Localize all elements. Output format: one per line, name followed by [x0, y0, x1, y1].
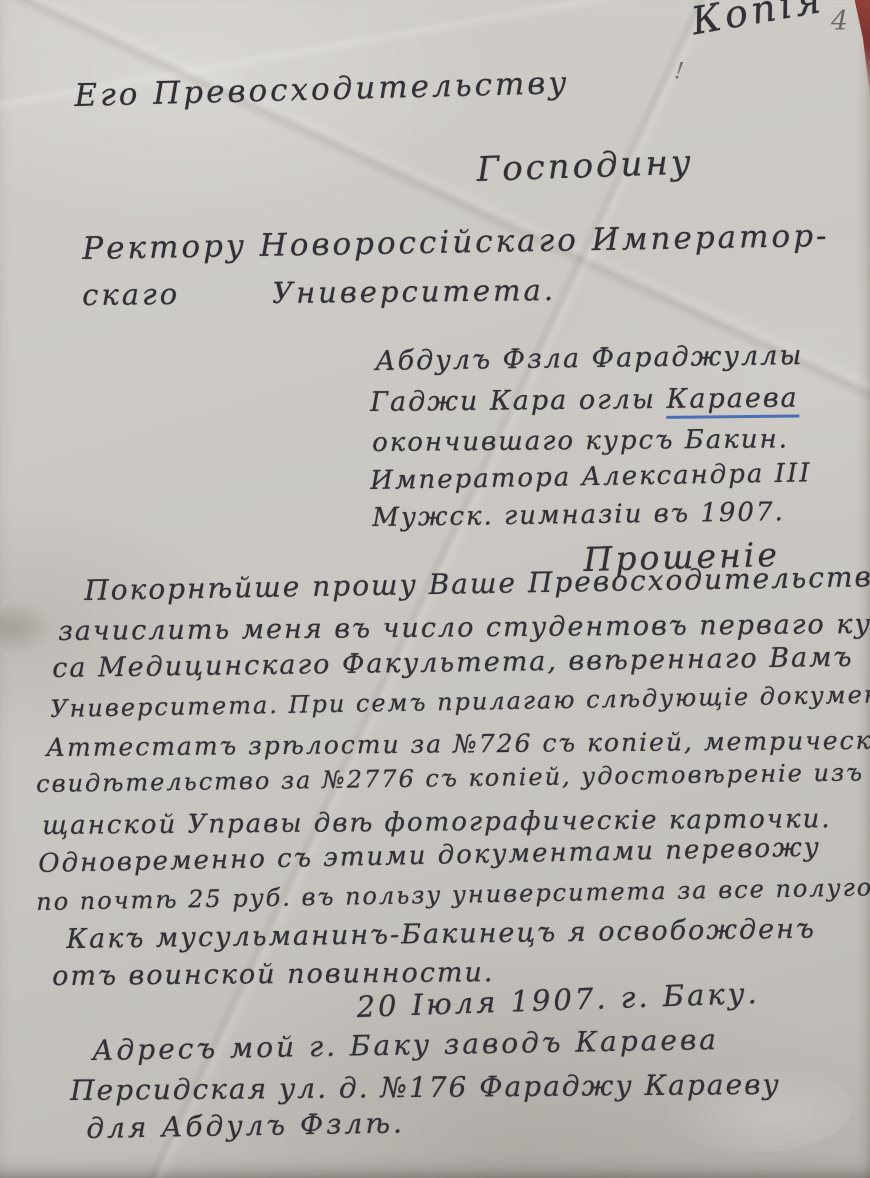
- address-line-2: Персидская ул. д. №176 Фараджу Караеву: [70, 1068, 781, 1107]
- salutation-line-4-word-1: скаго: [82, 277, 180, 312]
- petitioner-line-1: Абдулъ Фзла Фараджуллы: [375, 340, 804, 377]
- paper-stain: [0, 600, 54, 656]
- body-line-6: свидѣтельство за №2776 съ копіей, удосто…: [36, 757, 870, 798]
- body-line-3: са Медицинскаго Факультета, ввѣреннаго В…: [52, 642, 854, 684]
- document-page: Копія 4 ! Его Превосходительству Господи…: [0, 0, 870, 1178]
- copy-annotation: Копія: [688, 0, 828, 43]
- body-line-5: Аттестатъ зрѣлости за №726 съ копіей, ме…: [46, 725, 870, 762]
- petitioner-line-4: Императора Александра III: [370, 458, 812, 496]
- address-line-3: для Абдулъ Фзлѣ.: [86, 1106, 405, 1145]
- salutation-line-4: скагоУниверситета.: [82, 273, 556, 312]
- photo-corner-red-edge: [848, 0, 870, 96]
- body-line-2: зачислить меня въ число студентовъ перва…: [58, 609, 870, 647]
- body-line-9: по почтѣ 25 руб. въ пользу университета …: [36, 872, 870, 916]
- page-number-annotation: 4: [831, 6, 850, 37]
- surname-underlined: Караева: [666, 383, 799, 419]
- salutation-line-1: Его Превосходительству: [74, 65, 570, 114]
- salutation-line-2: Господину: [476, 142, 694, 190]
- salutation-line-3: Ректору Новороссійскаго Император-: [82, 218, 830, 267]
- petitioner-line-2-text: Гаджи Кара оглы: [370, 384, 667, 418]
- body-line-4: Университета. При семъ прилагаю слѣдующі…: [50, 680, 870, 723]
- petitioner-line-2: Гаджи Кара оглы Караева: [370, 383, 799, 418]
- body-line-1: Покорнѣйше прошу Ваше Превосходительство: [84, 560, 870, 607]
- petitioner-line-3: окончившаго курсъ Бакин.: [372, 424, 789, 458]
- petitioner-line-5: Мужск. гимназіи въ 1907.: [372, 497, 785, 533]
- stray-ink-mark: !: [673, 58, 687, 85]
- handwriting-gap: [180, 303, 272, 304]
- body-line-10: Какъ мусульманинъ-Бакинецъ я освобожденъ: [66, 914, 816, 955]
- salutation-line-4-word-2: Университета.: [272, 273, 556, 310]
- address-line-1: Адресъ мой г. Баку заводъ Караева: [92, 1023, 719, 1067]
